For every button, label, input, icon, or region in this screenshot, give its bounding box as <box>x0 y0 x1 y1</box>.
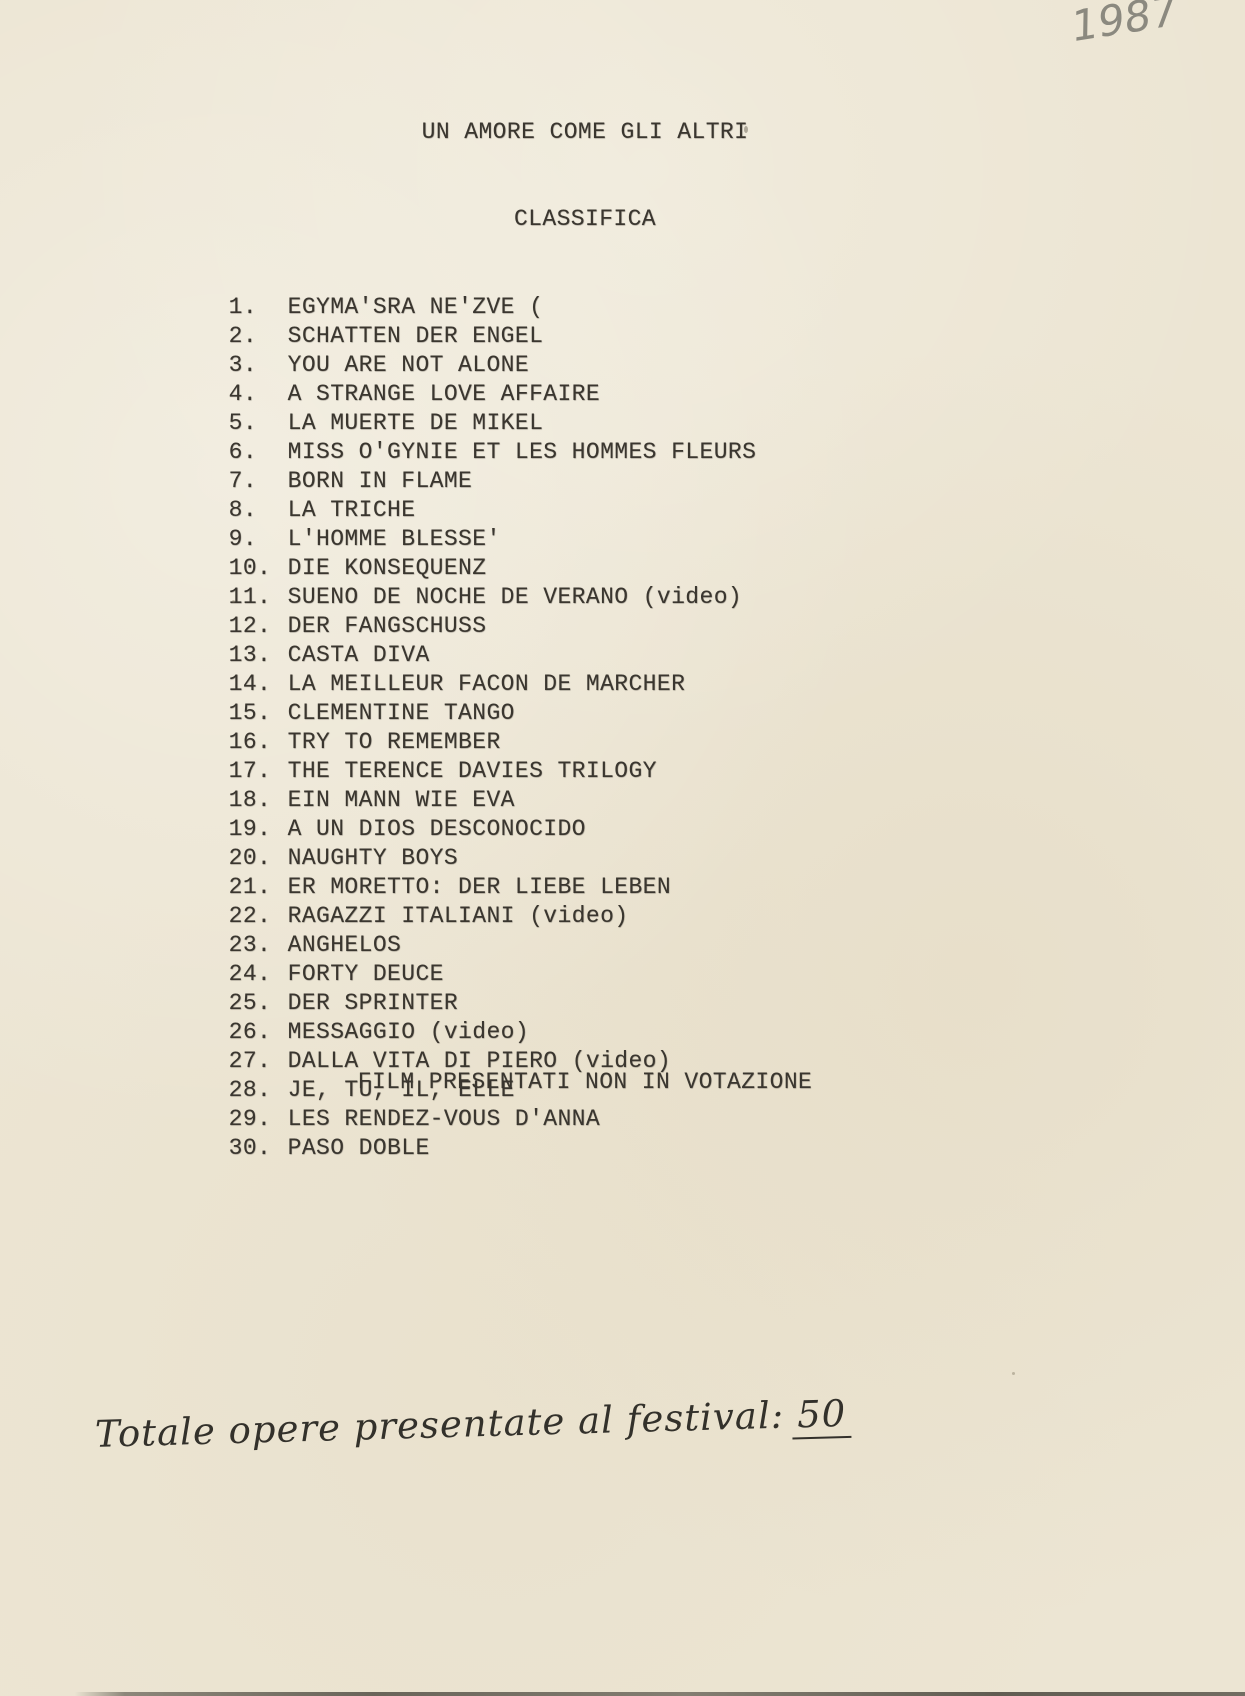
film-title: A STRANGE LOVE AFFAIRE <box>288 381 600 407</box>
film-title: SUENO DE NOCHE DE VERANO (video) <box>288 584 742 610</box>
film-title: A UN DIOS DESCONOCIDO <box>288 816 586 842</box>
film-title: CASTA DIVA <box>288 642 430 668</box>
non-competing-films-paragraph <box>115 1126 1105 1214</box>
film-title: TRY TO REMEMBER <box>288 729 501 755</box>
film-title: ER MORETTO: DER LIEBE LEBEN <box>288 874 671 900</box>
film-title: MESSAGGIO (video) <box>288 1019 529 1045</box>
document-title: UN AMORE COME GLI ALTRI <box>115 118 1055 147</box>
rank-number: 1. <box>229 293 288 322</box>
film-title: SCHATTEN DER ENGEL <box>288 323 544 349</box>
rank-number: 9. <box>229 525 288 554</box>
rank-number: 20. <box>229 844 288 873</box>
film-title: THE TERENCE DAVIES TRILOGY <box>288 758 657 784</box>
rank-number: 25. <box>229 989 288 1018</box>
paper-speck <box>232 600 235 603</box>
film-title: EGYMA'SRA NE'ZVE ( <box>288 294 544 320</box>
rank-number: 17. <box>229 757 288 786</box>
rank-number: 19. <box>229 815 288 844</box>
handwritten-year-annotation: 1987 <box>1071 0 1177 52</box>
rank-number: 16. <box>229 728 288 757</box>
rank-number: 11. <box>229 583 288 612</box>
film-title: DER SPRINTER <box>288 990 458 1016</box>
film-title: ANGHELOS <box>288 932 402 958</box>
scan-edge-artifact <box>0 1692 1245 1696</box>
film-title: MISS O'GYNIE ET LES HOMMES FLEURS <box>288 439 757 465</box>
handwritten-total-label: Totale opere presentate al festival: <box>94 1394 784 1456</box>
film-title: CLEMENTINE TANGO <box>288 700 515 726</box>
ranking-row: 1.EGYMA'SRA NE'ZVE ( <box>115 264 1075 293</box>
rank-number: 5. <box>229 409 288 438</box>
rank-number: 4. <box>229 380 288 409</box>
film-title: EIN MANN WIE EVA <box>288 787 515 813</box>
paper-speck <box>744 126 748 133</box>
handwritten-total-note: Totale opere presentate al festival:50 <box>94 1395 735 1459</box>
film-title: L'HOMME BLESSE' <box>288 526 501 552</box>
rank-number: 6. <box>229 438 288 467</box>
film-title: FORTY DEUCE <box>288 961 444 987</box>
film-title: DIE KONSEQUENZ <box>288 555 487 581</box>
paper-speck <box>1012 1372 1015 1375</box>
film-title: LA MEILLEUR FACON DE MARCHER <box>288 671 686 697</box>
rank-number: 10. <box>229 554 288 583</box>
rank-number: 22. <box>229 902 288 931</box>
ranking-list: 1.EGYMA'SRA NE'ZVE ( 2.SCHATTEN DER ENGE… <box>115 186 1075 1134</box>
rank-number: 13. <box>229 641 288 670</box>
non-competing-section-heading: FILM PRESENTATI NON IN VOTAZIONE <box>115 1068 1055 1097</box>
film-title: LA TRICHE <box>288 497 416 523</box>
rank-number: 23. <box>229 931 288 960</box>
rank-number: 24. <box>229 960 288 989</box>
film-title: RAGAZZI ITALIANI (video) <box>288 903 629 929</box>
rank-number: 15. <box>229 699 288 728</box>
rank-number: 2. <box>229 322 288 351</box>
film-title: NAUGHTY BOYS <box>288 845 458 871</box>
film-title: DER FANGSCHUSS <box>288 613 487 639</box>
film-title: LA MUERTE DE MIKEL <box>288 410 544 436</box>
handwritten-total-value: 50 <box>792 1392 852 1440</box>
film-title: YOU ARE NOT ALONE <box>288 352 529 378</box>
rank-number: 12. <box>229 612 288 641</box>
rank-number: 14. <box>229 670 288 699</box>
rank-number: 26. <box>229 1018 288 1047</box>
rank-number: 18. <box>229 786 288 815</box>
rank-number: 7. <box>229 467 288 496</box>
scanned-typewritten-page: 1987 UN AMORE COME GLI ALTRI CLASSIFICA … <box>0 0 1245 1696</box>
rank-number: 8. <box>229 496 288 525</box>
rank-number: 21. <box>229 873 288 902</box>
film-title: BORN IN FLAME <box>288 468 473 494</box>
rank-number: 3. <box>229 351 288 380</box>
